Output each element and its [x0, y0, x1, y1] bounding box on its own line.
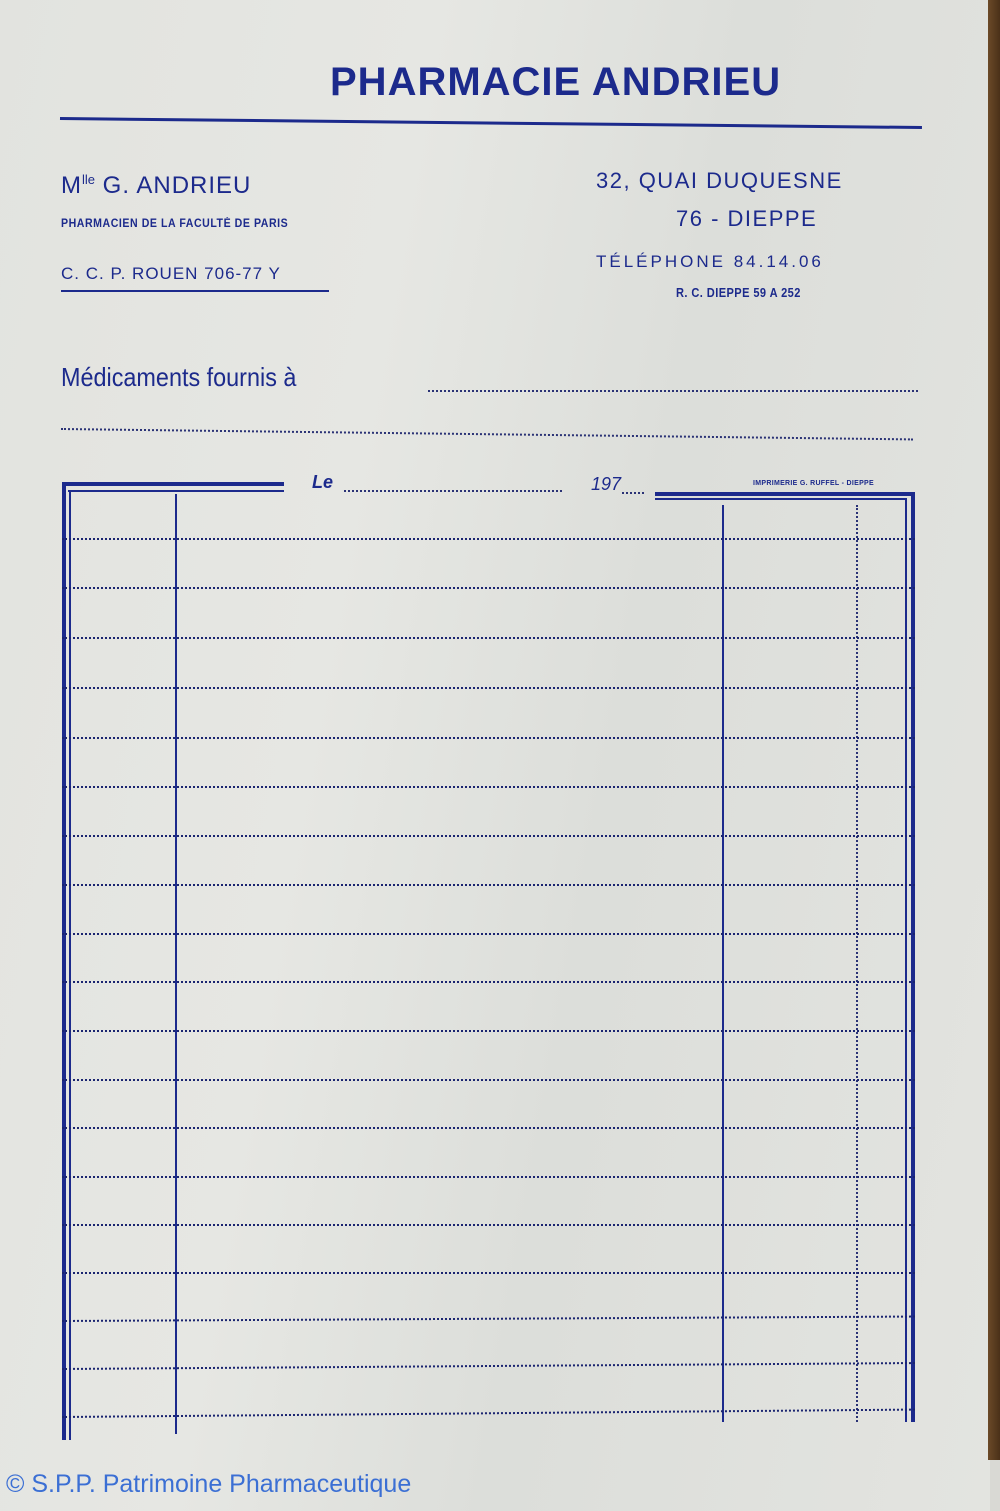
table-row[interactable]: [62, 1176, 915, 1178]
table-row[interactable]: [62, 1224, 915, 1226]
table-row[interactable]: [62, 933, 915, 935]
table-row[interactable]: [62, 1079, 915, 1081]
pharmacy-title: PHARMACIE ANDRIEU: [330, 60, 781, 105]
ccp-underline: [61, 290, 329, 292]
column-divider-1: [175, 494, 177, 1434]
table-frame-top-right-inner: [655, 498, 907, 500]
table-row[interactable]: [62, 737, 915, 739]
column-divider-3-dotted: [856, 505, 858, 1422]
year-prefix: 197: [591, 474, 621, 495]
column-divider-2: [722, 505, 724, 1422]
table-row[interactable]: [62, 538, 915, 540]
ccp-account: C. C. P. ROUEN 706-77 Y: [61, 264, 281, 284]
table-row[interactable]: [62, 981, 915, 983]
supplied-to-field[interactable]: [428, 390, 918, 392]
table-row[interactable]: [62, 587, 915, 589]
table-frame-left-inner: [69, 490, 71, 1440]
address-line-2: 76 - DIEPPE: [676, 206, 817, 232]
owner-name-text: G. ANDRIEU: [95, 172, 251, 199]
background-edge: [988, 0, 1000, 1460]
table-row[interactable]: [62, 835, 915, 837]
table-row[interactable]: [62, 1127, 915, 1129]
table-row[interactable]: [62, 637, 915, 639]
address-line-1: 32, QUAI DUQUESNE: [596, 168, 843, 194]
table-row[interactable]: [62, 1030, 915, 1032]
telephone: TÉLÉPHONE 84.14.06: [596, 252, 824, 272]
table-frame-top-left: [62, 482, 284, 486]
date-label: Le: [312, 472, 333, 493]
printer-credit: IMPRIMERIE G. RUFFEL - DIEPPE: [753, 480, 874, 487]
table-frame-left-outer: [62, 482, 66, 1440]
supplied-to-label: Médicaments fournis à: [61, 362, 296, 393]
table-row[interactable]: [62, 786, 915, 788]
registry-number: R. C. DIEPPE 59 A 252: [676, 285, 801, 300]
year-field[interactable]: [622, 492, 644, 494]
table-frame-right-outer: [911, 492, 915, 1422]
table-frame-top-right: [655, 492, 915, 496]
date-field[interactable]: [344, 490, 562, 492]
owner-name: Mlle G. ANDRIEU: [61, 172, 251, 200]
copyright-watermark: © S.P.P. Patrimoine Pharmaceutique: [6, 1470, 411, 1499]
table-frame-top-left-inner: [68, 490, 284, 492]
table-row[interactable]: [62, 1272, 915, 1274]
owner-prefix: M: [61, 172, 82, 199]
table-row[interactable]: [62, 687, 915, 689]
owner-prefix-sup: lle: [82, 172, 95, 187]
table-row[interactable]: [62, 884, 915, 886]
owner-title: PHARMACIEN DE LA FACULTÉ DE PARIS: [61, 218, 288, 230]
